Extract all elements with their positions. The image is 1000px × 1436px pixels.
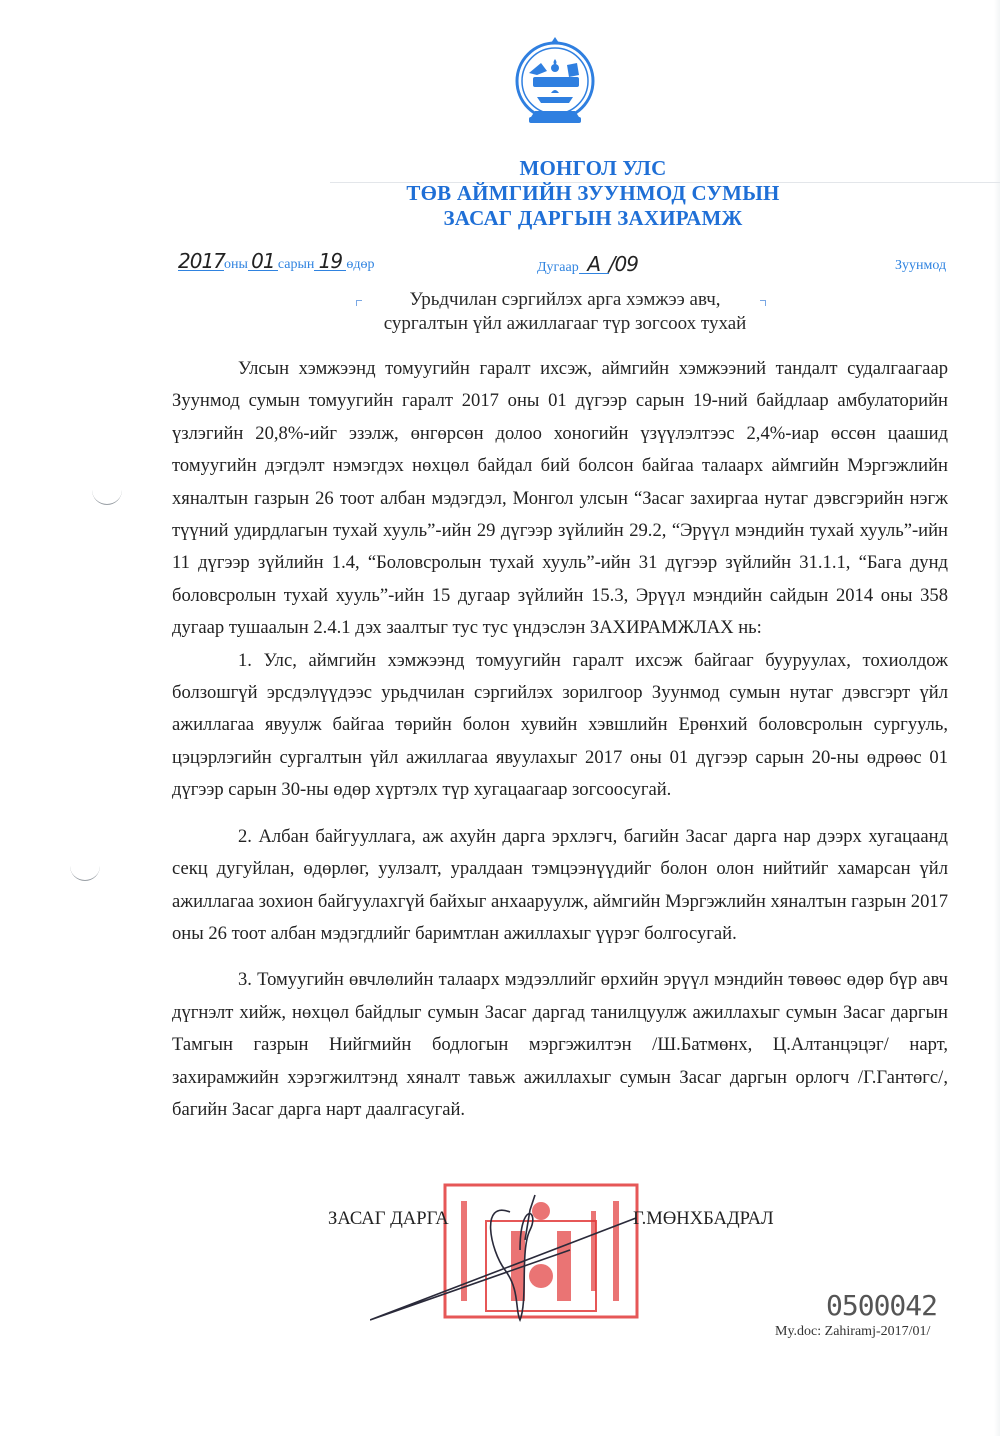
number-series: А	[579, 255, 609, 274]
date-month-suffix: сарын	[278, 257, 315, 272]
subject-line-2: сургалтын үйл ажиллагааг түр зогсоох тух…	[340, 312, 790, 336]
meta-row: 2017оны01сарын19өдөр ДугаарА/09 Зуунмод	[0, 252, 1000, 282]
issue-place: Зуунмод	[895, 258, 946, 274]
punch-hole-mark	[70, 866, 100, 881]
signatory-title: ЗАСАГ ДАРГА	[328, 1208, 449, 1230]
soyombo-state-emblem-icon	[507, 35, 603, 131]
preamble-paragraph: Улсын хэмжээнд томуугийн гаралт ихсэж, а…	[172, 353, 948, 645]
decree-page: МОНГОЛ УЛС ТӨВ АЙМГИЙН ЗУУНМОД СУМЫН ЗАС…	[0, 0, 1000, 1436]
subject-line-1: Урьдчилан сэргийлэх арга хэмжээ авч,	[340, 288, 790, 312]
document-type: ЗАСАГ ДАРГЫН ЗАХИРАМЖ	[0, 206, 1000, 231]
document-serial-number: 0500042	[826, 1289, 937, 1322]
punch-hole-mark	[92, 490, 122, 505]
decree-number: ДугаарА/09	[537, 252, 638, 276]
decree-date: 2017оны01сарын19өдөр	[178, 252, 375, 273]
decree-body: Улсын хэмжээнд томуугийн гаралт ихсэж, а…	[172, 353, 948, 1126]
date-day-suffix: өдөр	[346, 257, 374, 272]
number-value: /09	[609, 252, 638, 276]
decree-item-2: 2. Албан байгууллага, аж ахуйн дарга эрх…	[172, 821, 948, 951]
date-day: 19	[314, 252, 346, 271]
issuer-line: ТӨВ АЙМГИЙН ЗУУНМОД СУМЫН	[0, 181, 1000, 206]
date-year: 2017	[178, 252, 224, 271]
country-name: МОНГОЛ УЛС	[0, 156, 1000, 181]
signatory-name: Г.МӨНХБАДРАЛ	[633, 1208, 774, 1230]
number-label: Дугаар	[537, 260, 579, 275]
date-month: 01	[248, 252, 278, 271]
date-year-suffix: оны	[224, 257, 248, 272]
document-header: МОНГОЛ УЛС ТӨВ АЙМГИЙН ЗУУНМОД СУМЫН ЗАС…	[0, 156, 1000, 231]
document-file-reference: My.doc: Zahiramj-2017/01/	[775, 1324, 930, 1340]
decree-item-3: 3. Томуугийн өвчлөлийн талаарх мэдээллий…	[172, 964, 948, 1126]
decree-item-1: 1. Улс, аймгийн хэмжээнд томуугийн гарал…	[172, 645, 948, 807]
decree-subject: Урьдчилан сэргийлэх арга хэмжээ авч, сур…	[340, 288, 790, 336]
